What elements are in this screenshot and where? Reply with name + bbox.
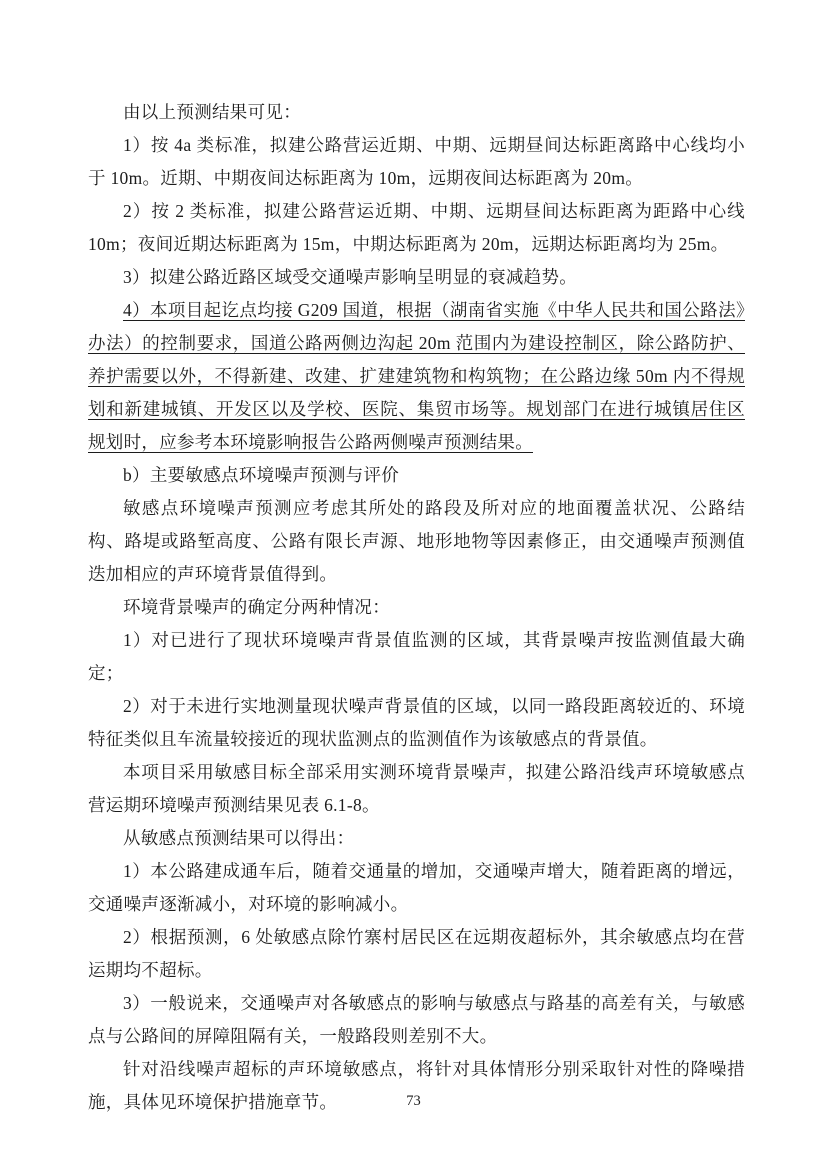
paragraph: 4）本项目起讫点均接 G209 国道，根据（湖南省实施《中华人民共和国公路法》办… bbox=[88, 294, 745, 459]
paragraph: 3）一般说来，交通噪声对各敏感点的影响与敏感点与路基的高差有关，与敏感点与公路间… bbox=[88, 987, 745, 1053]
paragraph: 1）本公路建成通车后，随着交通量的增加，交通噪声增大，随着距离的增远，交通噪声逐… bbox=[88, 855, 745, 921]
paragraph: 1）按 4a 类标准，拟建公路营运近期、中期、远期昼间达标距离路中心线均小于 1… bbox=[88, 129, 745, 195]
document-body: 由以上预测结果可见：1）按 4a 类标准，拟建公路营运近期、中期、远期昼间达标距… bbox=[88, 96, 745, 1119]
paragraph: 由以上预测结果可见： bbox=[88, 96, 745, 129]
paragraph: 敏感点环境噪声预测应考虑其所处的路段及所对应的地面覆盖状况、公路结构、路堤或路堑… bbox=[88, 492, 745, 591]
paragraph: 2）根据预测，6 处敏感点除竹寨村居民区在远期夜超标外，其余敏感点均在营运期均不… bbox=[88, 921, 745, 987]
page-footer: 73 bbox=[0, 1092, 827, 1110]
paragraph: 从敏感点预测结果可以得出： bbox=[88, 822, 745, 855]
paragraph: 2）对于未进行实地测量现状噪声背景值的区域，以同一路段距离较近的、环境特征类似且… bbox=[88, 690, 745, 756]
paragraph: 本项目采用敏感目标全部采用实测环境背景噪声，拟建公路沿线声环境敏感点营运期环境噪… bbox=[88, 756, 745, 822]
paragraph: b）主要敏感点环境噪声预测与评价 bbox=[88, 459, 745, 492]
paragraph: 环境背景噪声的确定分两种情况： bbox=[88, 591, 745, 624]
paragraph: 2）按 2 类标准，拟建公路营运近期、中期、远期昼间达标距离为距路中心线 10m… bbox=[88, 195, 745, 261]
paragraph: 3）拟建公路近路区域受交通噪声影响呈明显的衰减趋势。 bbox=[88, 261, 745, 294]
document-page: 由以上预测结果可见：1）按 4a 类标准，拟建公路营运近期、中期、远期昼间达标距… bbox=[0, 0, 827, 1169]
page-number: 73 bbox=[406, 1093, 421, 1109]
paragraph: 1）对已进行了现状环境噪声背景值监测的区域，其背景噪声按监测值最大确定； bbox=[88, 624, 745, 690]
